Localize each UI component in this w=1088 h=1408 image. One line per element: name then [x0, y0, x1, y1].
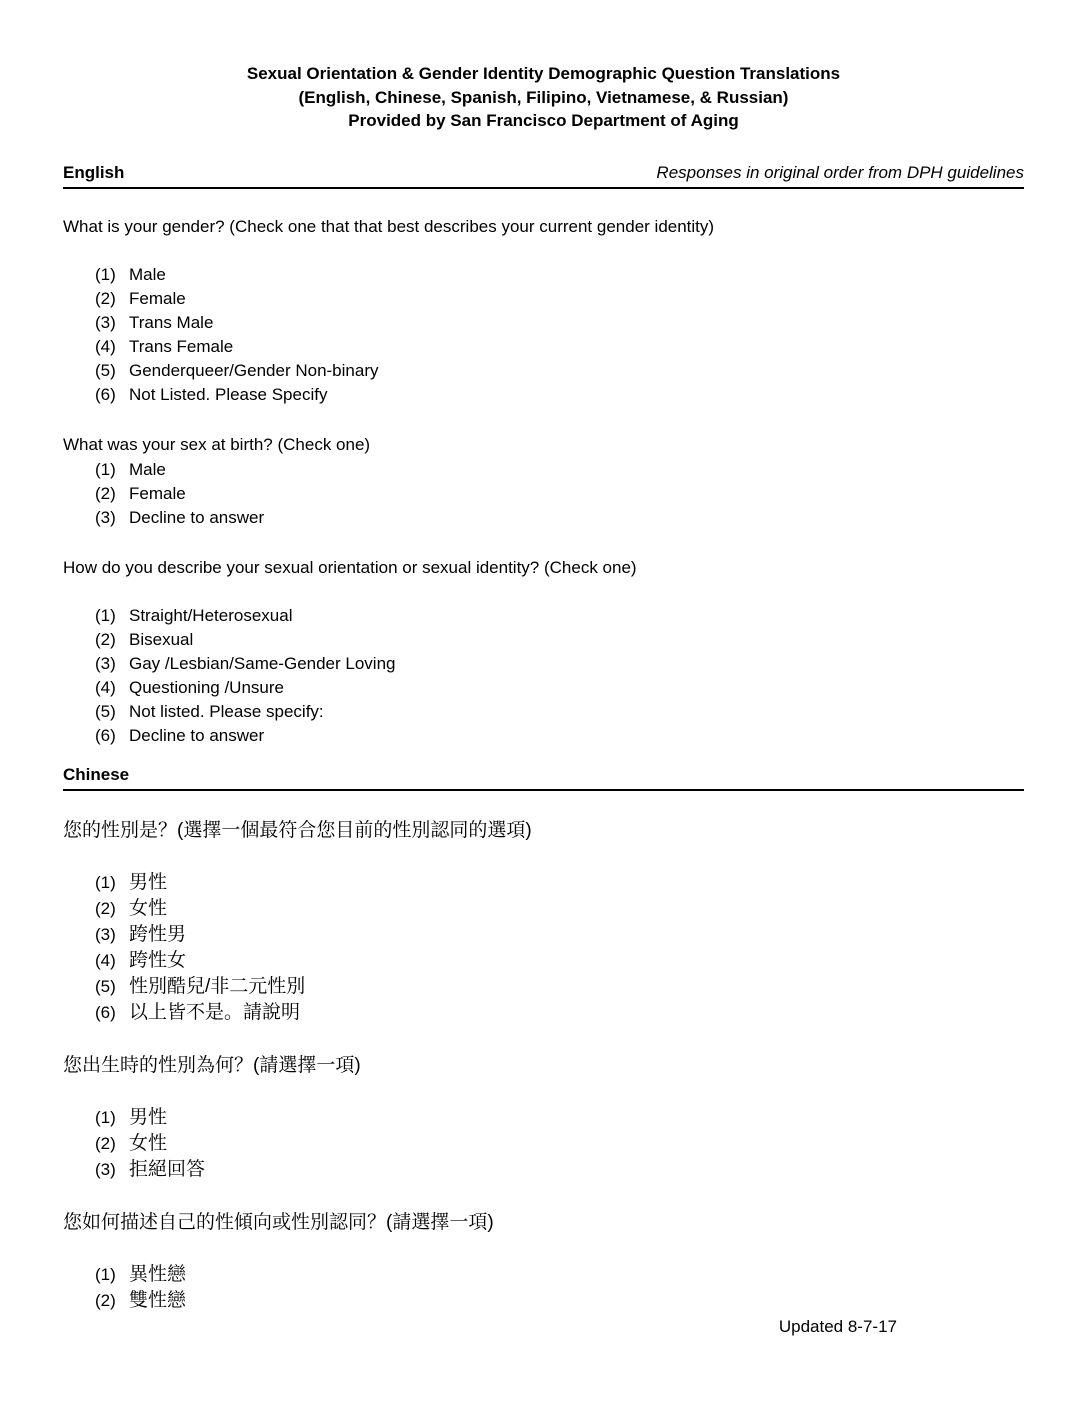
question-sex-at-birth-en: What was your sex at birth? (Check one): [63, 434, 1024, 455]
option-number: (4): [95, 676, 129, 700]
question-orientation-zh: 您如何描述自己的性傾向或性別認同？(請選擇一項): [63, 1210, 1024, 1236]
option-label: Decline to answer: [129, 724, 264, 748]
option-label: 女性: [129, 1131, 167, 1157]
question-gender-en: What is your gender? (Check one that tha…: [63, 216, 1024, 237]
answer-option: (1) Male: [63, 458, 1024, 482]
answer-option: (1) 男性: [63, 870, 1024, 896]
option-label: 男性: [129, 870, 167, 896]
option-label: Gay /Lesbian/Same-Gender Loving: [129, 652, 396, 676]
option-label: 男性: [129, 1105, 167, 1131]
option-number: (3): [95, 922, 129, 948]
answer-option: (4) 跨性女: [63, 948, 1024, 974]
option-label: Trans Female: [129, 335, 233, 359]
question-gender-zh: 您的性別是？(選擇一個最符合您目前的性別認同的選項): [63, 818, 1024, 844]
option-number: (6): [95, 724, 129, 748]
option-number: (3): [95, 506, 129, 530]
option-label: Male: [129, 263, 166, 287]
footer-updated-date: Updated 8-7-17: [779, 1316, 897, 1337]
option-label: Female: [129, 482, 186, 506]
option-number: (2): [95, 896, 129, 922]
option-label: 跨性男: [129, 922, 186, 948]
answer-option: (4) Questioning /Unsure: [63, 676, 1024, 700]
answer-option: (2) 雙性戀: [63, 1288, 1024, 1314]
answer-option: (2) Bisexual: [63, 628, 1024, 652]
answer-option: (3) Trans Male: [63, 311, 1024, 335]
answer-option: (1) Straight/Heterosexual: [63, 604, 1024, 628]
question-sex-at-birth-zh: 您出生時的性別為何？(請選擇一項): [63, 1053, 1024, 1079]
answer-option: (5) Genderqueer/Gender Non-binary: [63, 359, 1024, 383]
option-label: Straight/Heterosexual: [129, 604, 292, 628]
option-number: (2): [95, 1131, 129, 1157]
option-number: (3): [95, 311, 129, 335]
options-sex-at-birth-zh: (1) 男性 (2) 女性 (3) 拒絕回答: [63, 1105, 1024, 1183]
option-number: (6): [95, 1000, 129, 1026]
option-number: (2): [95, 482, 129, 506]
section-heading-english: English: [63, 162, 124, 183]
answer-option: (6) Not Listed. Please Specify: [63, 383, 1024, 407]
answer-option: (1) Male: [63, 263, 1024, 287]
answer-option: (3) 拒絕回答: [63, 1157, 1024, 1183]
option-number: (3): [95, 652, 129, 676]
option-label: Bisexual: [129, 628, 193, 652]
document-page: Sexual Orientation & Gender Identity Dem…: [0, 0, 1088, 1408]
answer-option: (5) 性別酷兒/非二元性別: [63, 974, 1024, 1000]
title-line-2: (English, Chinese, Spanish, Filipino, Vi…: [63, 86, 1024, 110]
options-gender-en: (1) Male (2) Female (3) Trans Male (4) T…: [63, 263, 1024, 407]
answer-option: (3) 跨性男: [63, 922, 1024, 948]
answer-option: (1) 男性: [63, 1105, 1024, 1131]
answer-option: (5) Not listed. Please specify:: [63, 700, 1024, 724]
option-number: (5): [95, 974, 129, 1000]
option-number: (5): [95, 359, 129, 383]
option-label: Not Listed. Please Specify: [129, 383, 327, 407]
option-label: 以上皆不是。請說明: [129, 1000, 300, 1026]
option-number: (2): [95, 287, 129, 311]
option-number: (1): [95, 263, 129, 287]
option-label: Decline to answer: [129, 506, 264, 530]
answer-option: (6) Decline to answer: [63, 724, 1024, 748]
answer-option: (2) 女性: [63, 896, 1024, 922]
options-orientation-en: (1) Straight/Heterosexual (2) Bisexual (…: [63, 604, 1024, 748]
option-label: Male: [129, 458, 166, 482]
section-heading-chinese: Chinese: [63, 764, 129, 785]
option-label: 女性: [129, 896, 167, 922]
option-label: Female: [129, 287, 186, 311]
option-number: (2): [95, 628, 129, 652]
option-label: 跨性女: [129, 948, 186, 974]
section-note-dph-guidelines: Responses in original order from DPH gui…: [656, 162, 1024, 183]
section-header-chinese: Chinese: [63, 764, 1024, 791]
answer-option: (4) Trans Female: [63, 335, 1024, 359]
question-orientation-en: How do you describe your sexual orientat…: [63, 557, 1024, 578]
option-label: Questioning /Unsure: [129, 676, 284, 700]
option-number: (1): [95, 1262, 129, 1288]
option-number: (5): [95, 700, 129, 724]
option-number: (4): [95, 948, 129, 974]
option-label: Not listed. Please specify:: [129, 700, 324, 724]
option-number: (1): [95, 604, 129, 628]
options-gender-zh: (1) 男性 (2) 女性 (3) 跨性男 (4) 跨性女 (5) 性別酷兒/非…: [63, 870, 1024, 1026]
option-number: (2): [95, 1288, 129, 1314]
option-label: 異性戀: [129, 1262, 186, 1288]
answer-option: (3) Gay /Lesbian/Same-Gender Loving: [63, 652, 1024, 676]
option-number: (3): [95, 1157, 129, 1183]
option-number: (4): [95, 335, 129, 359]
options-orientation-zh: (1) 異性戀 (2) 雙性戀: [63, 1262, 1024, 1314]
option-number: (1): [95, 870, 129, 896]
section-header-english: English Responses in original order from…: [63, 162, 1024, 189]
options-sex-at-birth-en: (1) Male (2) Female (3) Decline to answe…: [63, 458, 1024, 530]
option-label: Trans Male: [129, 311, 213, 335]
option-number: (6): [95, 383, 129, 407]
title-line-3: Provided by San Francisco Department of …: [63, 109, 1024, 133]
option-label: 性別酷兒/非二元性別: [129, 974, 305, 1000]
option-label: Genderqueer/Gender Non-binary: [129, 359, 378, 383]
answer-option: (2) 女性: [63, 1131, 1024, 1157]
answer-option: (1) 異性戀: [63, 1262, 1024, 1288]
option-number: (1): [95, 458, 129, 482]
title-line-1: Sexual Orientation & Gender Identity Dem…: [63, 62, 1024, 86]
option-label: 拒絕回答: [129, 1157, 205, 1183]
answer-option: (2) Female: [63, 287, 1024, 311]
answer-option: (6) 以上皆不是。請說明: [63, 1000, 1024, 1026]
answer-option: (2) Female: [63, 482, 1024, 506]
option-label: 雙性戀: [129, 1288, 186, 1314]
answer-option: (3) Decline to answer: [63, 506, 1024, 530]
option-number: (1): [95, 1105, 129, 1131]
document-title: Sexual Orientation & Gender Identity Dem…: [63, 62, 1024, 133]
